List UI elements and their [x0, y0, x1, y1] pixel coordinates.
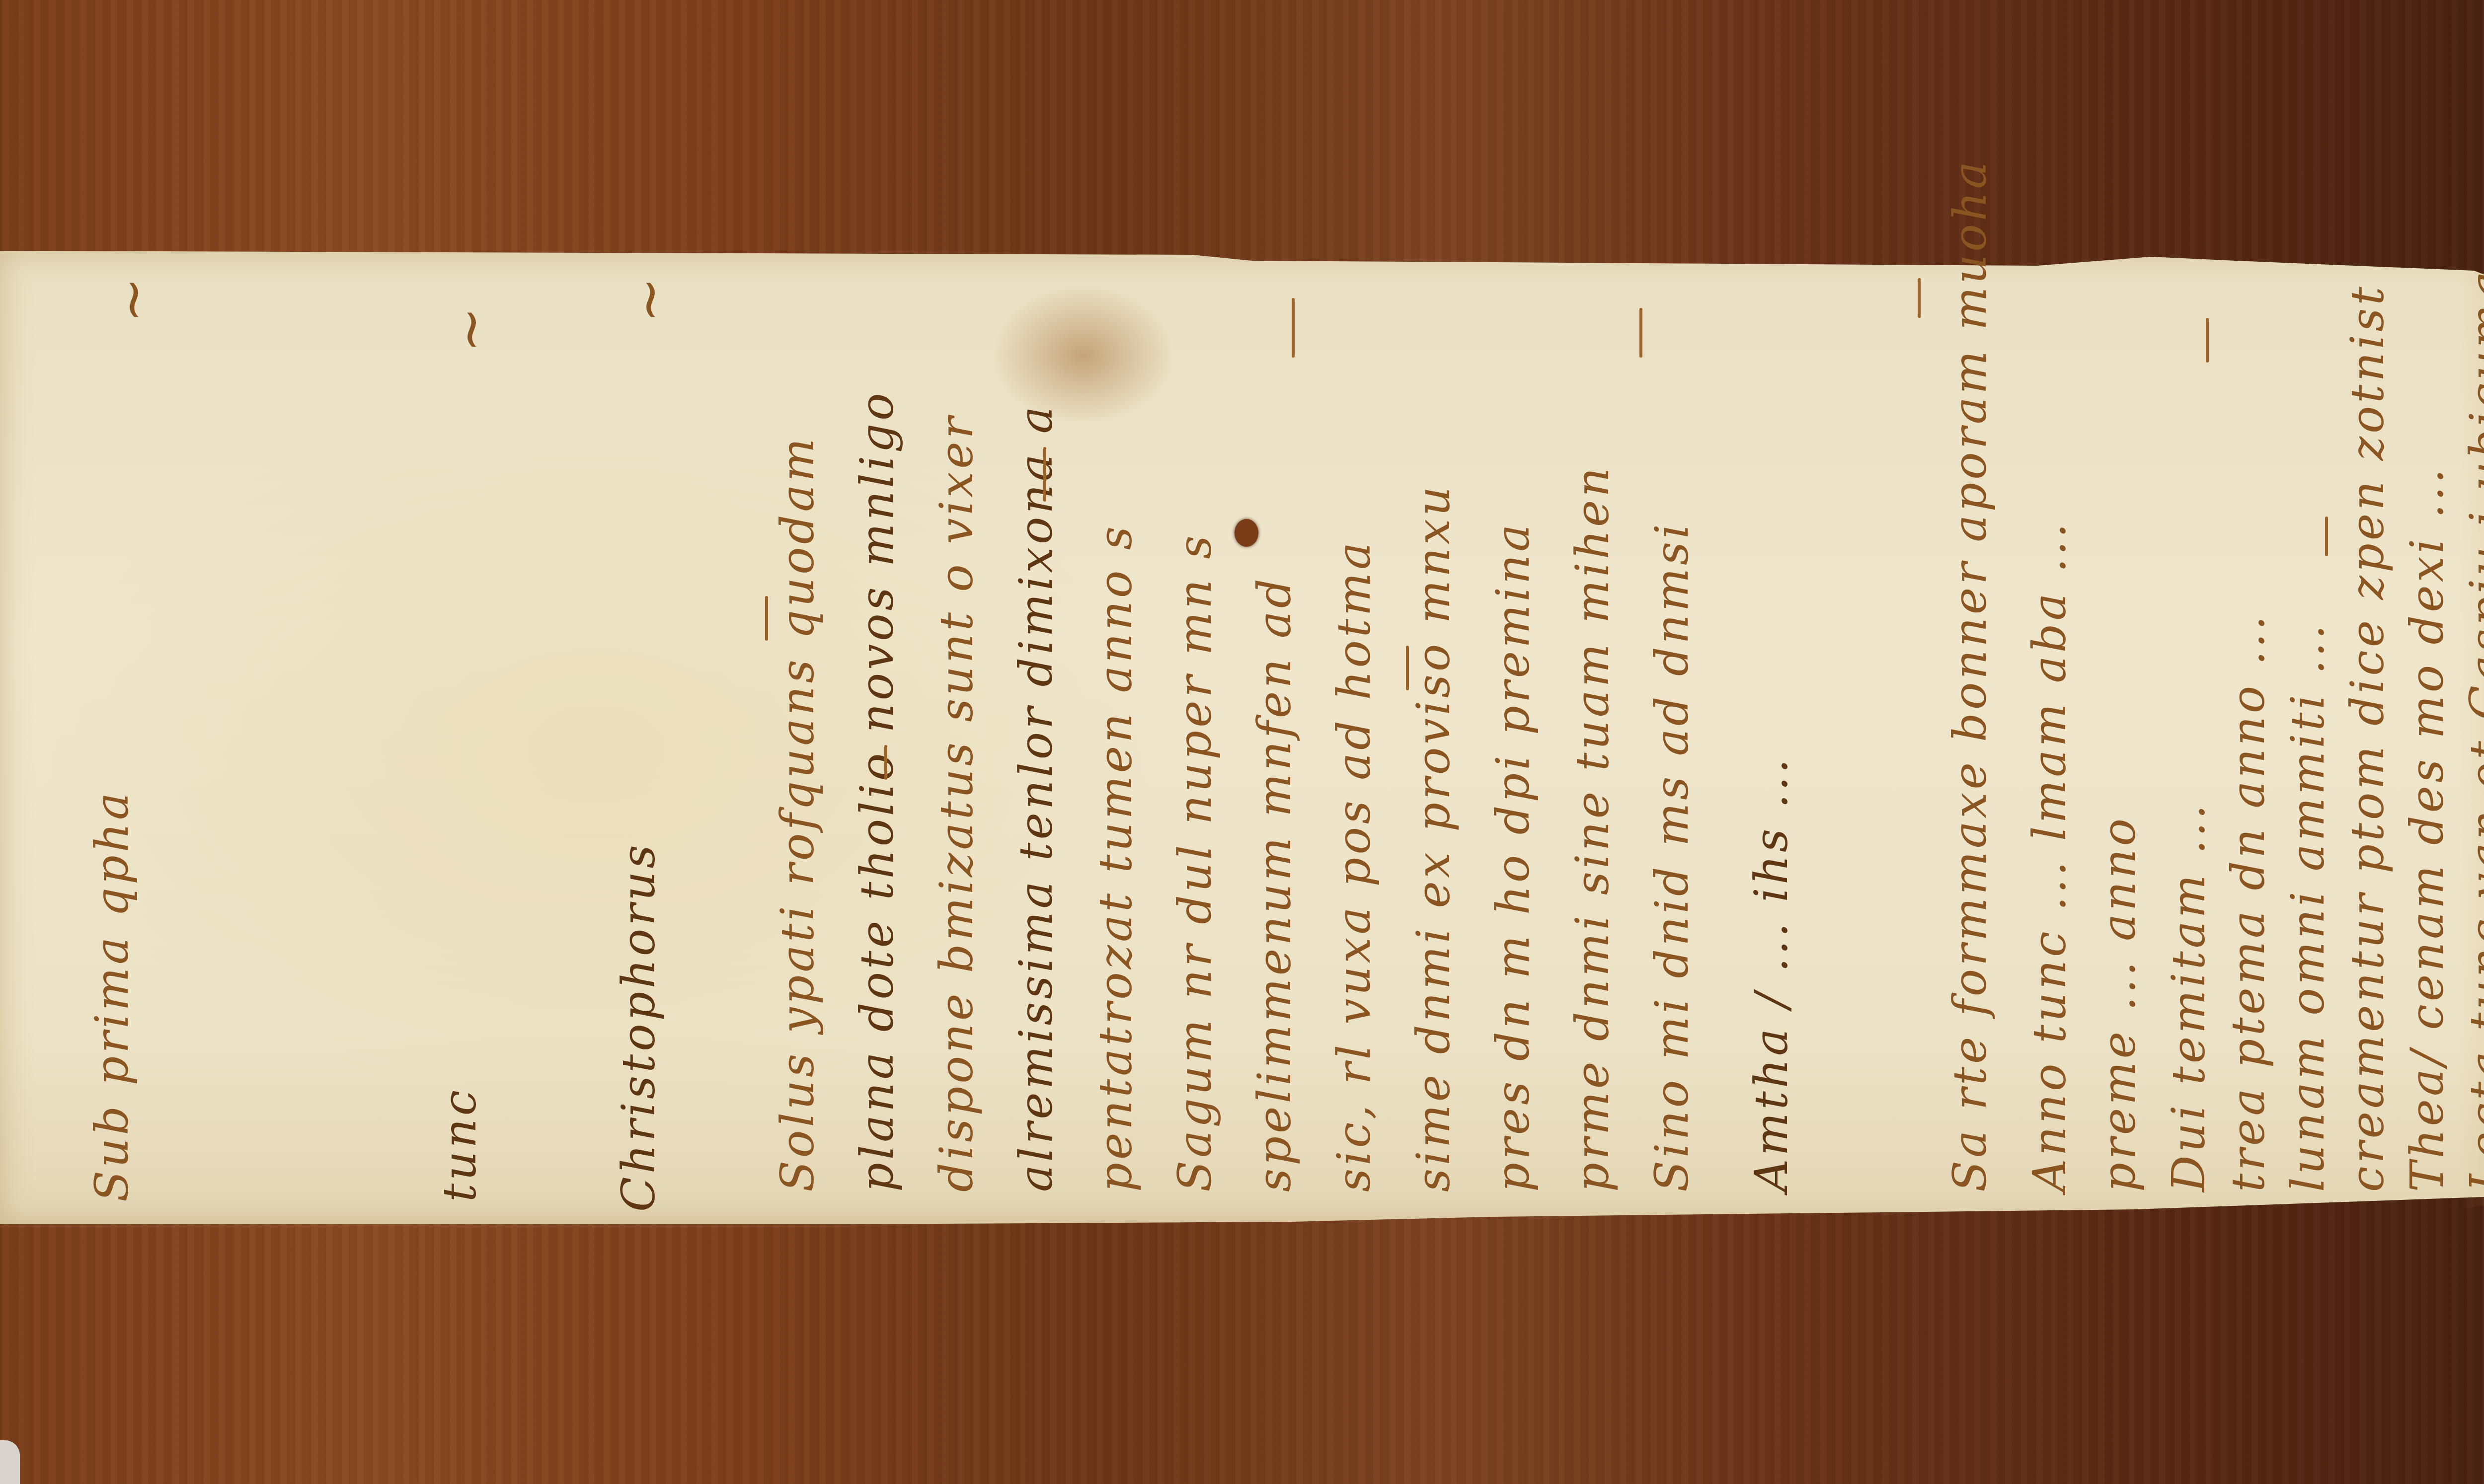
ink-mark: ~ [438, 307, 502, 353]
manuscript-line: preme ... anno [2096, 816, 2142, 1192]
abbreviation-stroke [1918, 278, 1921, 318]
manuscript-line: Anno tunc ... lmam aba ... [2027, 520, 2073, 1192]
manuscript-line: Sagum nr dul nuper mn s [1172, 532, 1218, 1192]
ink-mark: ~ [100, 277, 164, 323]
manuscript-line: Solus ypati rofquans quodam [775, 435, 821, 1192]
manuscript-line: lunam omni ammiti ... [2285, 622, 2331, 1192]
abbreviation-stroke [1043, 447, 1046, 502]
manuscript-line: alremissima tenlor dimixona a [1013, 403, 1059, 1192]
manuscript-line: Sa rte formmaxe bonner aporam muoha [1947, 158, 1993, 1192]
manuscript-line: spelimmenum mnfen ad [1252, 576, 1298, 1192]
manuscript-line: pres dn m ho dpi premina [1490, 521, 1536, 1192]
abbreviation-stroke [884, 745, 887, 780]
abbreviation-stroke [1639, 308, 1642, 358]
parchment-hole [1235, 519, 1258, 547]
manuscript-line: sime dnmi ex proviso mnxu [1411, 484, 1457, 1192]
abbreviation-stroke [765, 596, 768, 641]
background-object [0, 1440, 20, 1484]
abbreviation-stroke [2206, 318, 2209, 363]
manuscript-line: plana dote tholio novos mnligo [854, 390, 900, 1192]
manuscript-line: trea ptema dn anno ... [2226, 613, 2271, 1192]
manuscript-line: Christophorus [616, 842, 662, 1212]
manuscript-line: tunc [437, 1087, 483, 1202]
manuscript-line: prme dnmi sine tuam mihen [1570, 464, 1616, 1192]
manuscript-line: pentatrozat tumen anno s [1093, 523, 1139, 1192]
manuscript-line: dispone bmizatus sunt o vixer [934, 414, 980, 1192]
abbreviation-stroke [1292, 298, 1295, 358]
manuscript-line: Sino mi dnid ms ad dnmsi [1649, 521, 1695, 1192]
manuscript-line: Amtha / ... ihs ... [1749, 756, 1794, 1192]
ink-mark: ~ [617, 277, 681, 323]
abbreviation-stroke [2325, 517, 2328, 556]
manuscript-line: Thea/ cenam des mo dexi ... [2405, 466, 2450, 1192]
manuscript-line: sic, rl vuxa pos ad hotma [1331, 539, 1377, 1192]
manuscript-line: Dui temitam ... [2166, 802, 2212, 1192]
abbreviation-stroke [1406, 646, 1409, 690]
manuscript-line: Lecta tunc van ot Caspiu i ubicumq [2464, 269, 2484, 1192]
manuscript-line: creamentur ptom dice zpen zotnist [2345, 284, 2391, 1192]
manuscript-line: Sub prima qpha [89, 790, 135, 1202]
